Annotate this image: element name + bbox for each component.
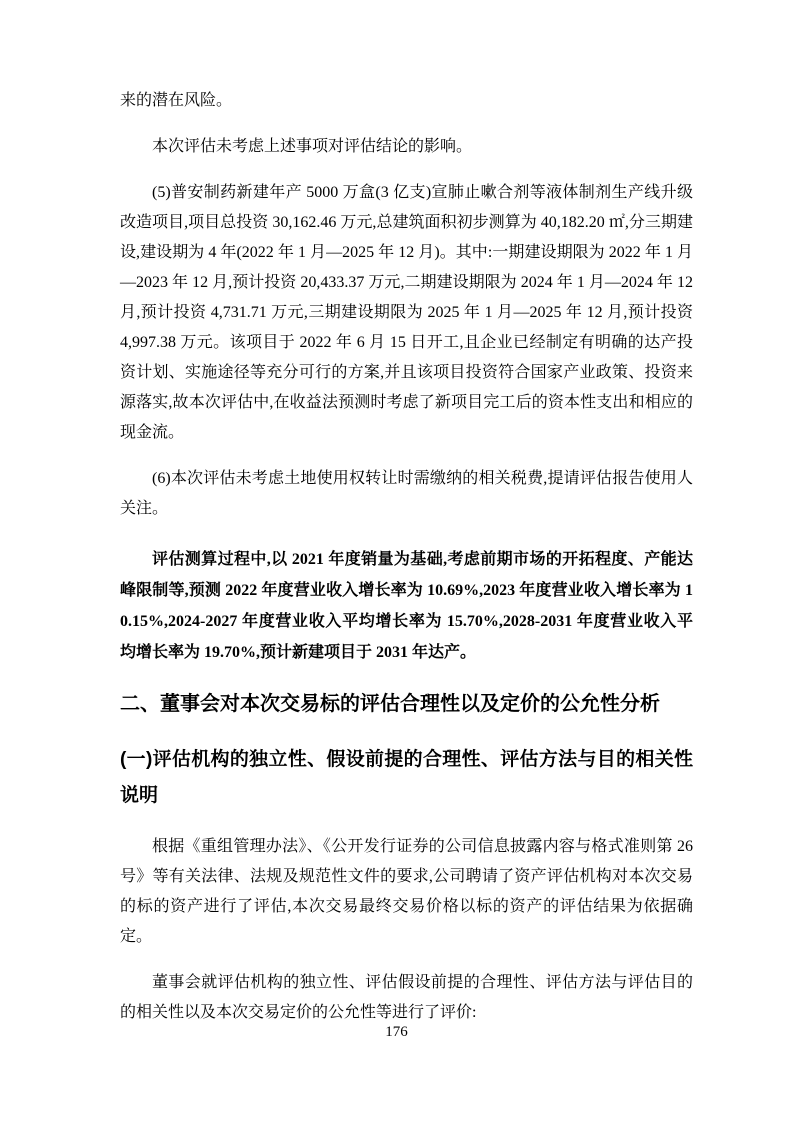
document-page: 来的潜在风险。 本次评估未考虑上述事项对评估结论的影响。 (5)普安制药新建年产… — [0, 0, 793, 1122]
section-heading-board-analysis: 二、董事会对本次交易标的评估合理性以及定价的公允性分析 — [120, 690, 693, 718]
subsection-heading-appraiser-independence: (一)评估机构的独立性、假设前提的合理性、评估方法与目的相关性说明 — [120, 742, 693, 814]
para-item6-land-tax: (6)本次评估未考虑土地使用权转让时需缴纳的相关税费,提请评估报告使用人关注。 — [120, 464, 693, 524]
para-risk-tail: 来的潜在风险。 — [120, 86, 693, 116]
para-legal-basis: 根据《重组管理办法》、《公开发行证券的公司信息披露内容与格式准则第 26 号》等… — [120, 832, 693, 952]
document-content: 来的潜在风险。 本次评估未考虑上述事项对评估结论的影响。 (5)普安制药新建年产… — [120, 86, 693, 1044]
para-no-consideration: 本次评估未考虑上述事项对评估结论的影响。 — [120, 132, 693, 162]
page-number: 176 — [0, 1022, 793, 1042]
para-revenue-growth-forecast: 评估测算过程中,以 2021 年度销量为基础,考虑前期市场的开拓程度、产能达峰限… — [120, 544, 693, 668]
para-board-evaluation: 董事会就评估机构的独立性、评估假设前提的合理性、评估方法与评估目的的相关性以及本… — [120, 968, 693, 1028]
para-item5-project-investment: (5)普安制药新建年产 5000 万盒(3 亿支)宣肺止嗽合剂等液体制剂生产线升… — [120, 178, 693, 448]
